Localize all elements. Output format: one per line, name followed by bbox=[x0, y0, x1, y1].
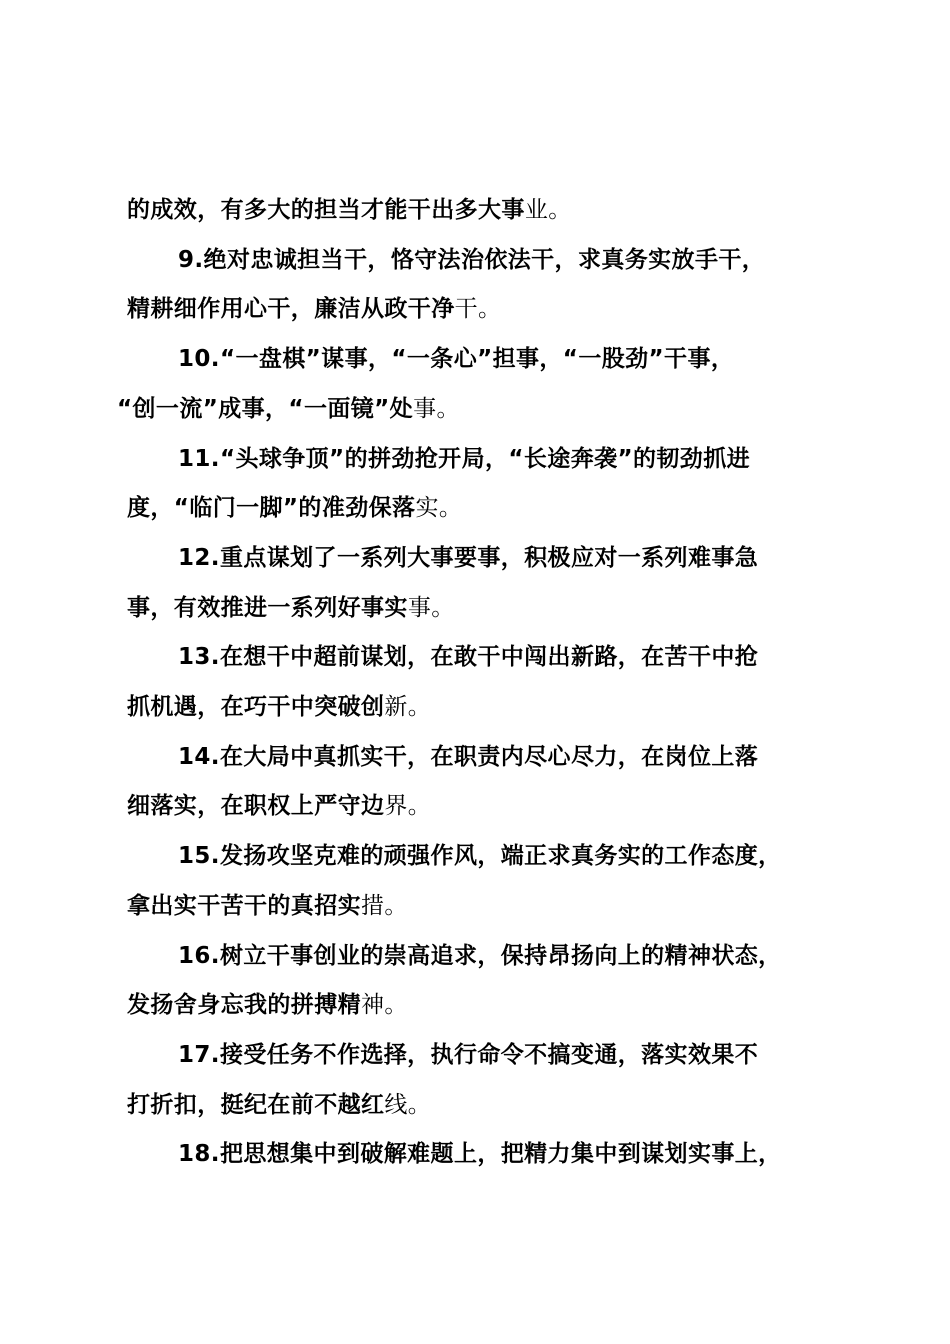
regular-text: 业。 bbox=[525, 197, 572, 223]
bold-text: 16.树立干事创业的崇高追求，保持昂扬向上的精神状态， bbox=[178, 943, 782, 969]
bold-text: 13.在想干中超前谋划，在敢干中闯出新路，在苦干中抢 bbox=[178, 644, 758, 670]
document-page: 的成效，有多大的担当才能干出多大事业。 9.绝对忠诚担当干，恪守法治依法干，求真… bbox=[127, 186, 839, 1180]
text-line: 的成效，有多大的担当才能干出多大事业。 bbox=[127, 186, 839, 236]
text-line: 10.“一盘棋”谋事，“一条心”担事，“一股劲”干事， bbox=[127, 335, 839, 385]
regular-text: 神。 bbox=[361, 992, 408, 1018]
regular-text: 实。 bbox=[415, 495, 462, 521]
text-line: 拿出实干苦干的真招实措。 bbox=[127, 882, 839, 932]
bold-text: 18.把思想集中到破解难题上，把精力集中到谋划实事上， bbox=[178, 1141, 782, 1167]
bold-text: 17.接受任务不作选择，执行命令不搞变通，落实效果不 bbox=[178, 1042, 758, 1068]
regular-text: 事。 bbox=[408, 595, 455, 621]
bold-text: 10.“一盘棋”谋事，“一条心”担事，“一股劲”干事， bbox=[178, 346, 734, 372]
paragraph-12: 12.重点谋划了一系列大事要事，积极应对一系列难事急 事，有效推进一系列好事实事… bbox=[127, 534, 839, 633]
paragraph-8-continued: 的成效，有多大的担当才能干出多大事业。 bbox=[127, 186, 839, 236]
text-line: 度，“临门一脚”的准劲保落实。 bbox=[127, 484, 839, 534]
bold-text: 事，有效推进一系列好事实 bbox=[127, 595, 408, 621]
regular-text: 线。 bbox=[384, 1092, 431, 1118]
paragraph-15: 15.发扬攻坚克难的顽强作风，端正求真务实的工作态度， 拿出实干苦干的真招实措。 bbox=[127, 832, 839, 931]
text-line: 13.在想干中超前谋划，在敢干中闯出新路，在苦干中抢 bbox=[127, 633, 839, 683]
paragraph-16: 16.树立干事创业的崇高追求，保持昂扬向上的精神状态， 发扬舍身忘我的拼搏精神。 bbox=[127, 932, 839, 1031]
text-line: 14.在大局中真抓实干，在职责内尽心尽力，在岗位上落 bbox=[127, 733, 839, 783]
text-line: 精耕细作用心干，廉洁从政干净干。 bbox=[127, 285, 839, 335]
paragraph-18: 18.把思想集中到破解难题上，把精力集中到谋划实事上， bbox=[127, 1130, 839, 1180]
bold-text: 14.在大局中真抓实干，在职责内尽心尽力，在岗位上落 bbox=[178, 744, 758, 770]
regular-text: 界。 bbox=[384, 793, 431, 819]
paragraph-14: 14.在大局中真抓实干，在职责内尽心尽力，在岗位上落 细落实，在职权上严守边界。 bbox=[127, 733, 839, 832]
bold-text: 12.重点谋划了一系列大事要事，积极应对一系列难事急 bbox=[178, 545, 758, 571]
text-line: 事，有效推进一系列好事实事。 bbox=[127, 584, 839, 634]
text-line: 12.重点谋划了一系列大事要事，积极应对一系列难事急 bbox=[127, 534, 839, 584]
text-line: 15.发扬攻坚克难的顽强作风，端正求真务实的工作态度， bbox=[127, 832, 839, 882]
text-line: 抓机遇，在巧干中突破创新。 bbox=[127, 683, 839, 733]
text-line: “创一流”成事，“一面镜”处事。 bbox=[117, 385, 839, 435]
text-line: 细落实，在职权上严守边界。 bbox=[127, 782, 839, 832]
text-line: 16.树立干事创业的崇高追求，保持昂扬向上的精神状态， bbox=[127, 932, 839, 982]
bold-text: 15.发扬攻坚克难的顽强作风，端正求真务实的工作态度， bbox=[178, 843, 782, 869]
paragraph-17: 17.接受任务不作选择，执行命令不搞变通，落实效果不 打折扣，挺纪在前不越红线。 bbox=[127, 1031, 839, 1130]
paragraph-10: 10.“一盘棋”谋事，“一条心”担事，“一股劲”干事， “创一流”成事，“一面镜… bbox=[127, 335, 839, 434]
bold-text: 的成效，有多大的担当才能干出多大事 bbox=[127, 197, 525, 223]
bold-text: 发扬舍身忘我的拼搏精 bbox=[127, 992, 361, 1018]
bold-text: 打折扣，挺纪在前不越红 bbox=[127, 1092, 384, 1118]
bold-text: 拿出实干苦干的真招实 bbox=[127, 893, 361, 919]
text-line: 17.接受任务不作选择，执行命令不搞变通，落实效果不 bbox=[127, 1031, 839, 1081]
text-line: 11.“头球争顶”的拼劲抢开局，“长途奔袭”的韧劲抓进 bbox=[127, 435, 839, 485]
text-line: 打折扣，挺纪在前不越红线。 bbox=[127, 1081, 839, 1131]
bold-text: 9.绝对忠诚担当干，恪守法治依法干，求真务实放手干， bbox=[178, 247, 765, 273]
bold-text: “创一流”成事，“一面镜”处 bbox=[117, 396, 413, 422]
bold-text: 11.“头球争顶”的拼劲抢开局，“长途奔袭”的韧劲抓进 bbox=[178, 446, 750, 472]
regular-text: 干。 bbox=[455, 296, 502, 322]
paragraph-9: 9.绝对忠诚担当干，恪守法治依法干，求真务实放手干， 精耕细作用心干，廉洁从政干… bbox=[127, 236, 839, 335]
regular-text: 事。 bbox=[413, 396, 460, 422]
paragraph-13: 13.在想干中超前谋划，在敢干中闯出新路，在苦干中抢 抓机遇，在巧干中突破创新。 bbox=[127, 633, 839, 732]
text-line: 9.绝对忠诚担当干，恪守法治依法干，求真务实放手干， bbox=[127, 236, 839, 286]
paragraph-11: 11.“头球争顶”的拼劲抢开局，“长途奔袭”的韧劲抓进 度，“临门一脚”的准劲保… bbox=[127, 435, 839, 534]
bold-text: 细落实，在职权上严守边 bbox=[127, 793, 384, 819]
text-line: 18.把思想集中到破解难题上，把精力集中到谋划实事上， bbox=[127, 1130, 839, 1180]
bold-text: 精耕细作用心干，廉洁从政干净 bbox=[127, 296, 455, 322]
regular-text: 新。 bbox=[384, 694, 431, 720]
text-line: 发扬舍身忘我的拼搏精神。 bbox=[127, 981, 839, 1031]
bold-text: 度，“临门一脚”的准劲保落 bbox=[127, 495, 415, 521]
regular-text: 措。 bbox=[361, 893, 408, 919]
bold-text: 抓机遇，在巧干中突破创 bbox=[127, 694, 384, 720]
